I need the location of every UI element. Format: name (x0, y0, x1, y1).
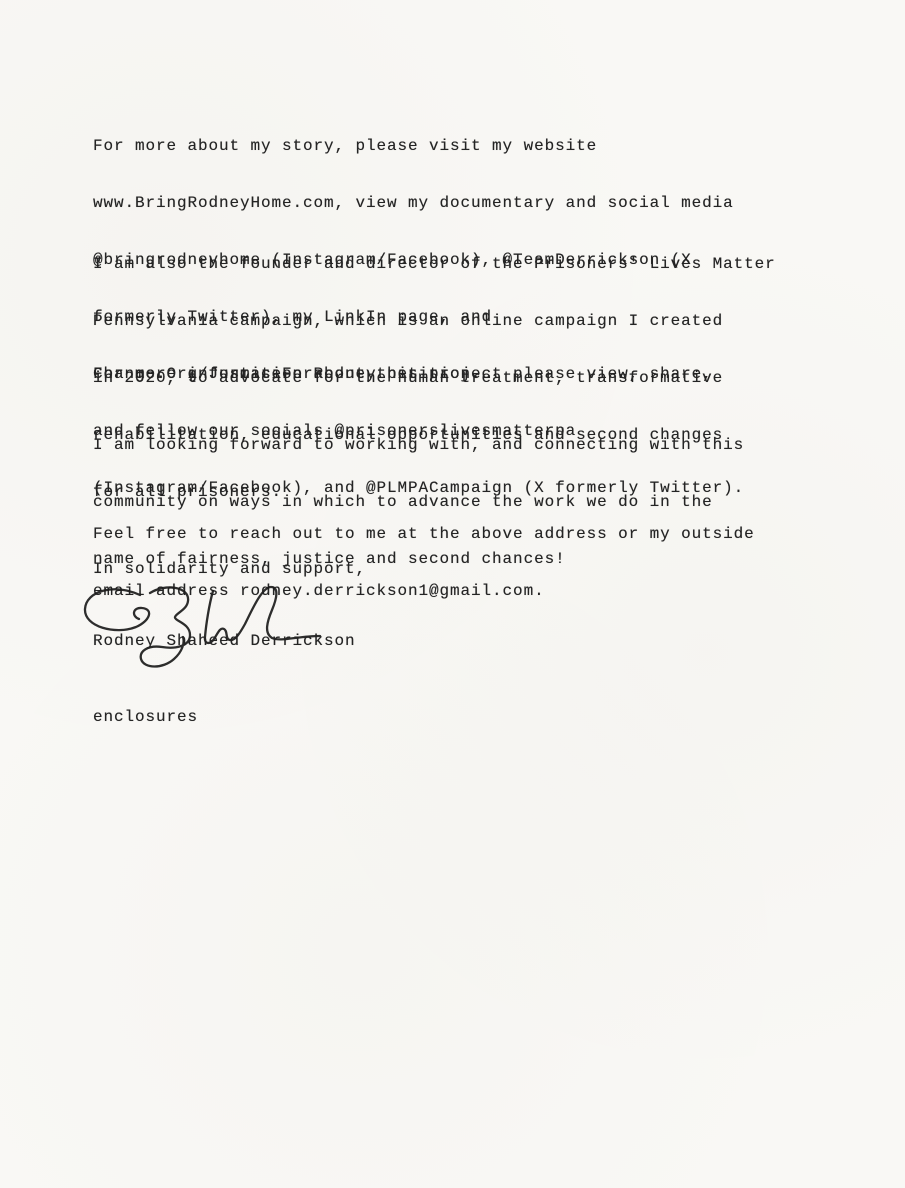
letter-line: www.BringRodneyHome.com, view my documen… (93, 194, 734, 213)
letter-line: Feel free to reach out to me at the abov… (93, 525, 755, 544)
letter-line: I am also the founder and director of th… (93, 255, 776, 274)
letter-page: For more about my story, please visit my… (0, 0, 905, 1188)
letter-line: I am looking forward to working with, an… (93, 436, 744, 455)
letter-line: For more information about this project … (93, 365, 744, 384)
closing-salutation: In solidarity and support, (93, 560, 366, 579)
enclosures-note: enclosures (93, 708, 198, 727)
letter-line: For more about my story, please visit my… (93, 137, 734, 156)
letter-line: email address rodney.derrickson1@gmail.c… (93, 582, 755, 601)
signature-typed-name: Rodney Shaheed Derrickson (93, 632, 356, 651)
